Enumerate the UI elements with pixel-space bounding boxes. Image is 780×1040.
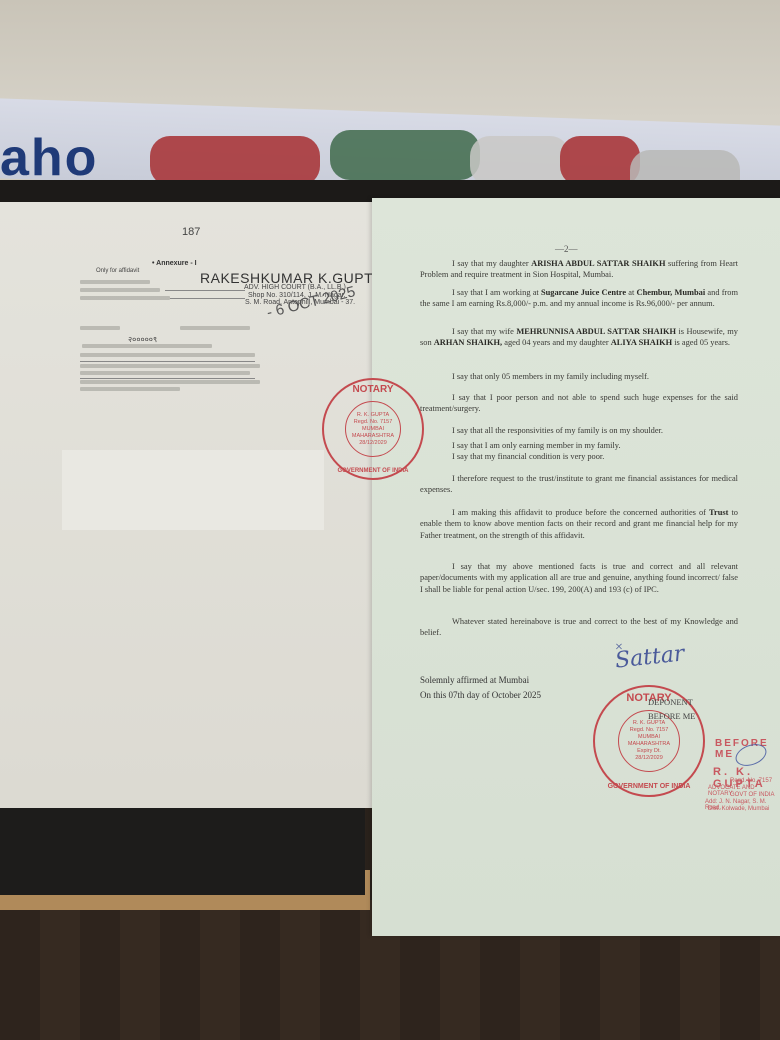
marathi-text — [80, 288, 160, 292]
affidavit-paragraph: I say that my wife MEHRUNNISA ABDUL SATT… — [420, 326, 738, 349]
stamp-top-text: NOTARY — [352, 384, 393, 395]
notary-regd: Regd. No. 7157 — [730, 778, 772, 784]
marathi-text — [180, 326, 250, 330]
marathi-text — [80, 387, 180, 391]
stamp-expiry-label: Expiry Dt. — [637, 748, 661, 755]
notary-govt: GOVT OF INDIA — [730, 792, 775, 798]
affidavit-paragraph: I therefore request to the trust/institu… — [420, 473, 738, 496]
affidavit-paragraph: I say that I poor person and not able to… — [420, 392, 738, 415]
stamp-inner: R. K. GUPTA Regd. No. 7157 MUMBAI MAHARA… — [345, 401, 401, 457]
affidavit-paragraph: I say that I am working at Sugarcane Jui… — [420, 287, 738, 310]
flag-decoration — [470, 136, 570, 186]
stamp-expiry: 28/12/2029 — [635, 755, 663, 762]
notary-address-2: Dist. Kolwade, Mumbai — [708, 806, 769, 812]
stamp-regd: Regd. No. 7157 — [354, 419, 393, 426]
deponent-label: DEPONENT — [648, 697, 693, 707]
stamp-name: R. K. GUPTA — [357, 412, 389, 419]
flag-decoration — [560, 136, 640, 186]
affidavit-paragraph: I say that I am only earning member in m… — [420, 440, 738, 463]
marathi-text — [80, 353, 255, 357]
marathi-text — [80, 296, 170, 300]
marathi-text — [82, 344, 212, 348]
affidavit-paragraph: I say that only 05 members in my family … — [420, 371, 738, 382]
marathi-text — [80, 364, 260, 368]
stamp-bottom-text: GOVERNMENT OF INDIA — [337, 468, 408, 474]
flag-decoration — [330, 130, 480, 180]
underline — [165, 290, 245, 291]
affidavit-paragraph: I am making this affidavit to produce be… — [420, 507, 738, 541]
affidavit-paragraph: I say that all the responsivities of my … — [420, 425, 738, 436]
marathi-text — [80, 280, 150, 284]
binder-bottom — [0, 800, 365, 895]
underline — [170, 298, 245, 299]
stamp-city: MUMBAI — [362, 426, 384, 433]
marathi-text — [80, 371, 250, 375]
stamp-expiry: 28/12/2029 — [359, 440, 387, 447]
page-marker: —2— — [555, 244, 578, 254]
underline — [80, 378, 255, 379]
stamp-bottom-text: GOVERNMENT OF INDIA — [608, 783, 691, 790]
page-number: 187 — [182, 226, 200, 238]
before-me-label: BEFORE ME — [648, 711, 695, 721]
stamp-state: MAHARASHTRA — [352, 433, 394, 440]
only-for-affidavit: Only for affidavit — [96, 268, 139, 274]
underline — [80, 361, 255, 362]
affirmed-date: On this 07th day of October 2025 — [420, 690, 541, 700]
notary-stamp: NOTARY R. K. GUPTA Regd. No. 7157 MUMBAI… — [322, 378, 424, 480]
stamp-city: MUMBAI — [638, 734, 660, 741]
affidavit-paragraph: I say that my above mentioned facts is t… — [420, 561, 738, 595]
affidavit-paragraph: Whatever stated hereinabove is true and … — [420, 616, 738, 639]
banner-text: aho — [0, 128, 98, 188]
stamp-regd: Regd. No. 7157 — [630, 727, 669, 734]
annexure-heading: • Annexure - I — [152, 260, 197, 267]
stamp-state: MAHARASHTRA — [628, 741, 670, 748]
affidavit-paragraph: I say that my daughter ARISHA ABDUL SATT… — [420, 258, 738, 281]
stamp-name: R. K. GUPTA — [633, 720, 665, 727]
marathi-text — [80, 326, 120, 330]
flag-decoration — [150, 136, 320, 186]
marathi-text — [80, 380, 260, 384]
affirmed-place: Solemnly affirmed at Mumbai — [420, 675, 529, 685]
blank-patch — [62, 450, 324, 530]
